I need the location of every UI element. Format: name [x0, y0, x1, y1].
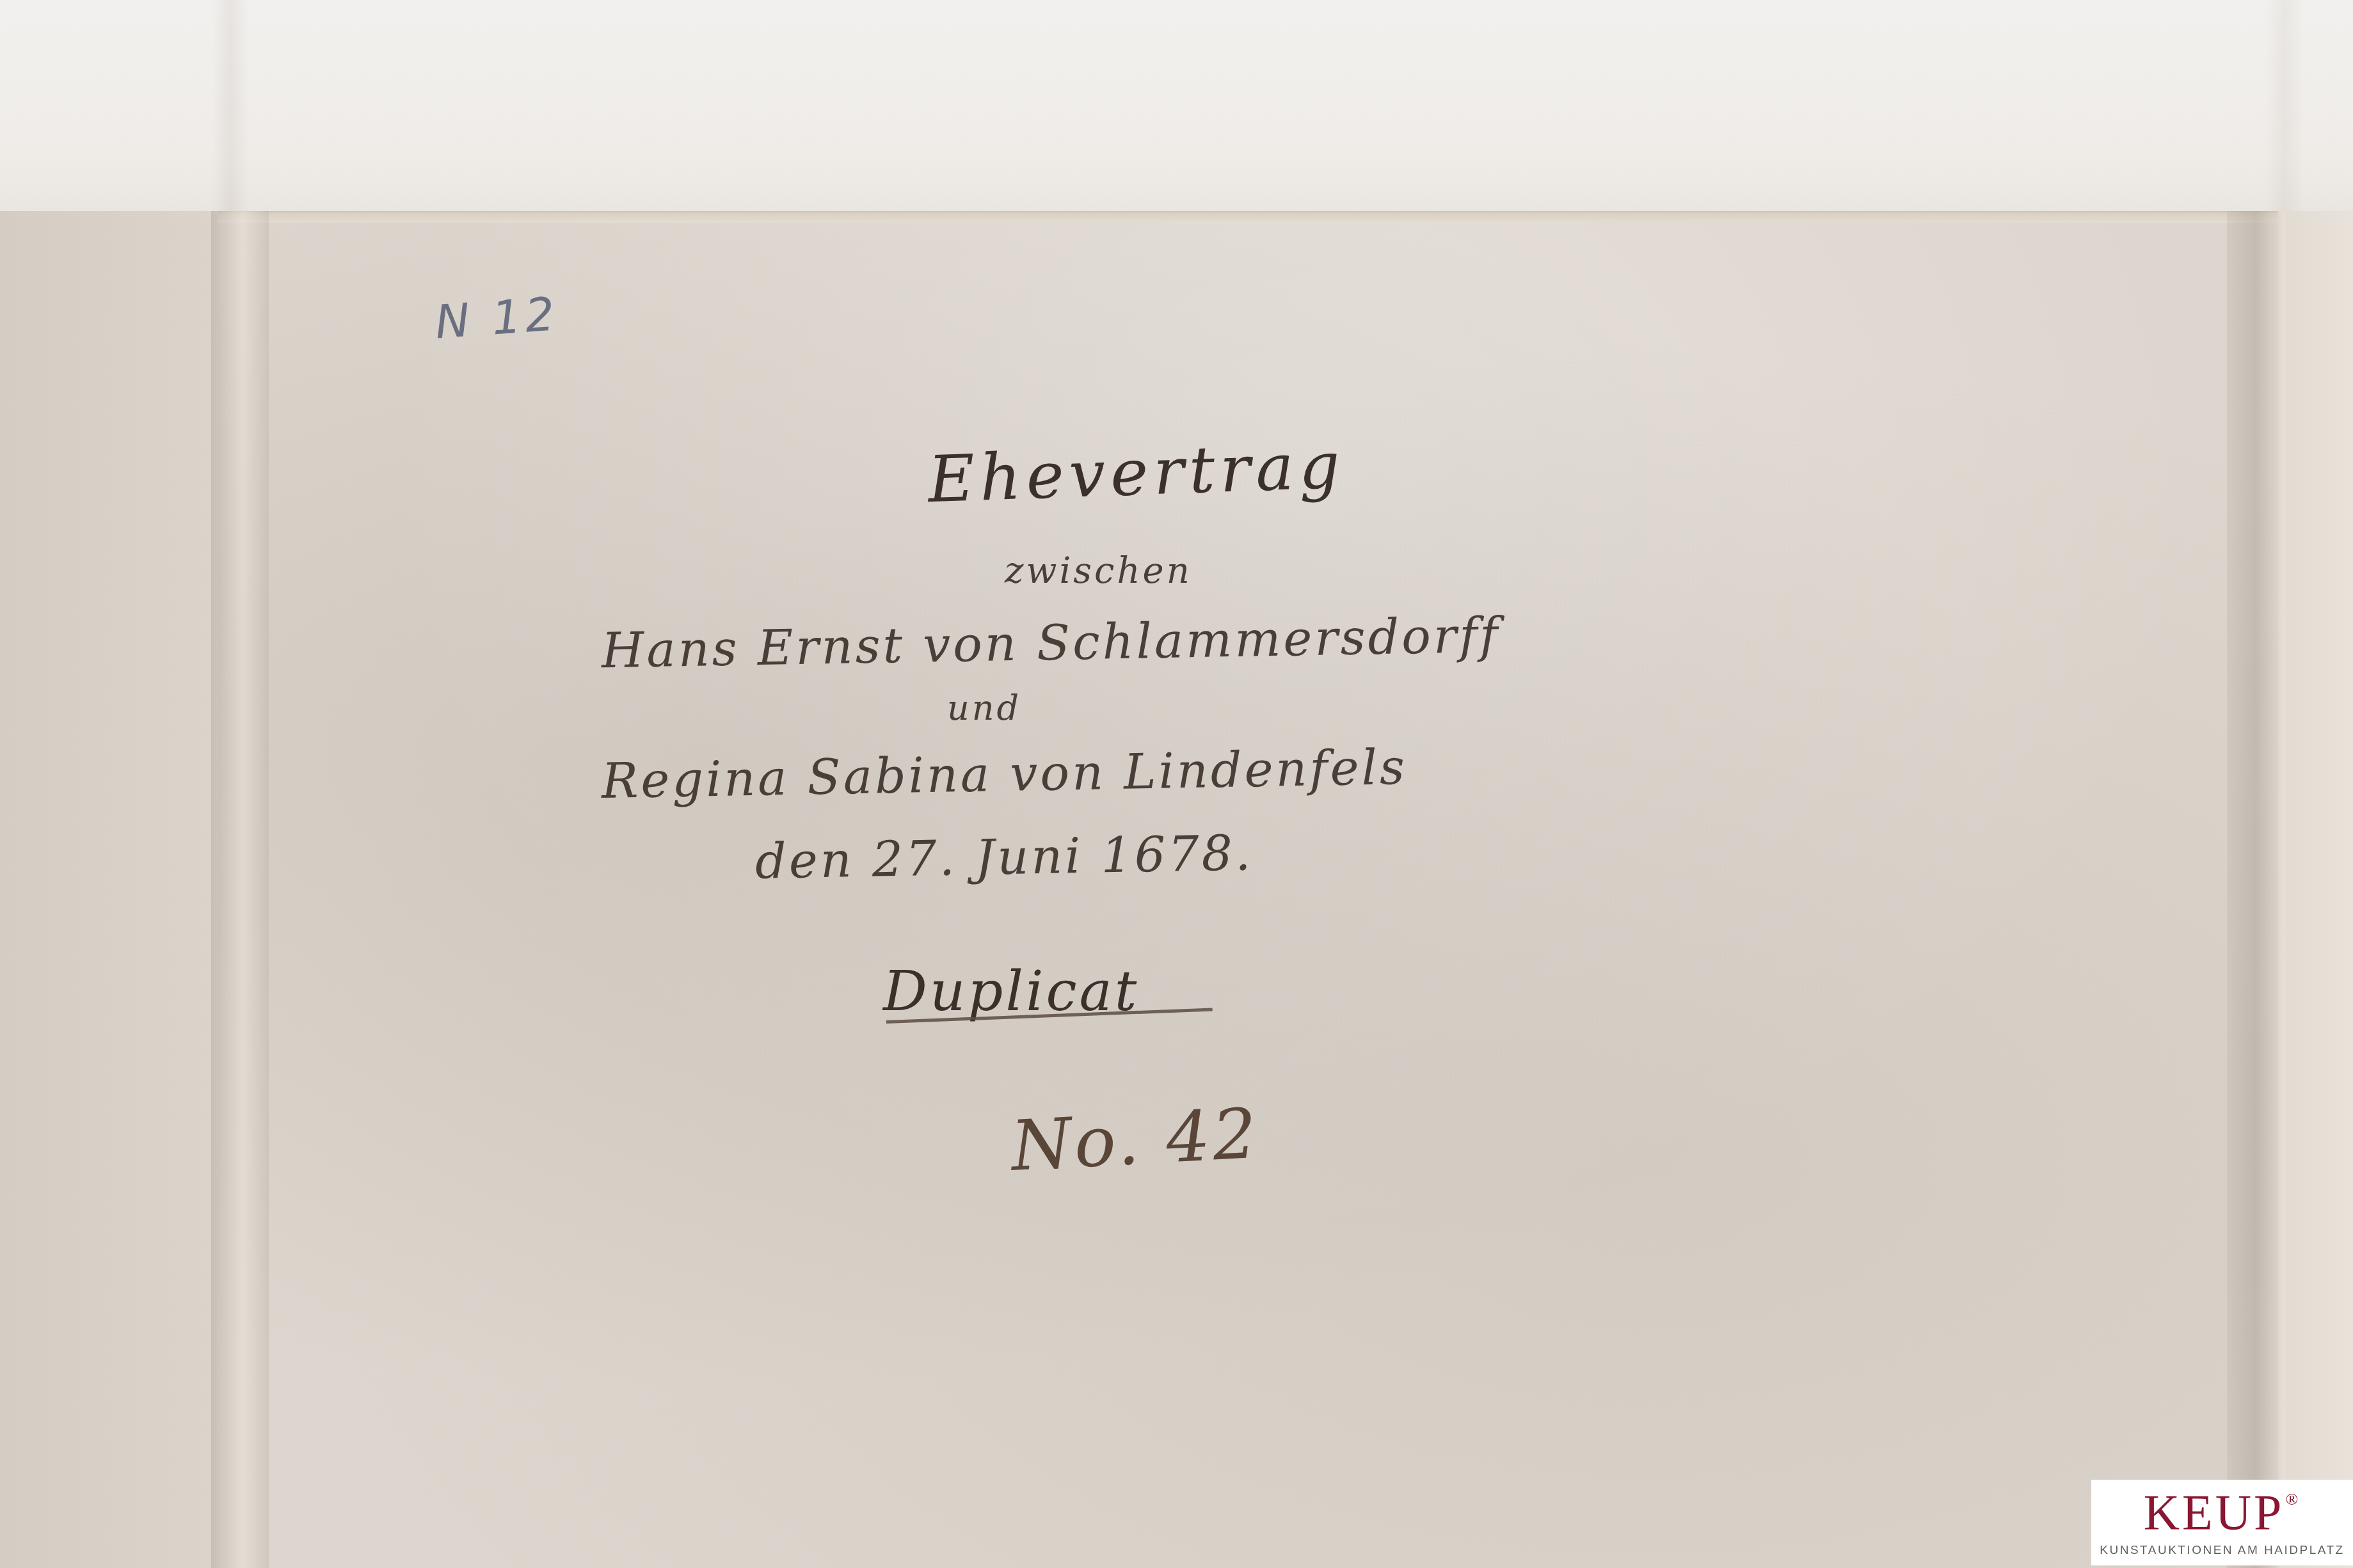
between-text: zwischen — [1005, 550, 1192, 592]
conjunction-text: und — [947, 688, 1021, 728]
archive-mark: N 12 — [433, 287, 560, 349]
document-date: den 27. Juni 1678. — [754, 824, 1254, 890]
document-title: Ehevertrag — [927, 428, 1346, 518]
registered-mark-icon: ® — [2285, 1490, 2301, 1509]
logo-tagline: KUNSTAUKTIONEN AM HAIDPLATZ — [2100, 1544, 2344, 1558]
paper-crease — [2265, 0, 2304, 221]
logo-brand-text: KEUP — [2144, 1484, 2285, 1540]
left-folded-flap — [0, 211, 218, 1568]
document-number: No. 42 — [1009, 1094, 1261, 1187]
auction-house-logo: KEUP® KUNSTAUKTIONEN AM HAIDPLATZ — [2091, 1480, 2353, 1565]
right-folded-flap — [2278, 211, 2353, 1568]
logo-brand: KEUP® — [2144, 1487, 2301, 1537]
paper-crease — [211, 0, 250, 221]
upper-paper-sheet — [0, 0, 2353, 221]
right-fold-crease — [2227, 211, 2285, 1568]
parchment-top-edge — [0, 211, 2353, 223]
parchment-document — [0, 211, 2353, 1568]
left-fold-crease — [211, 211, 269, 1568]
